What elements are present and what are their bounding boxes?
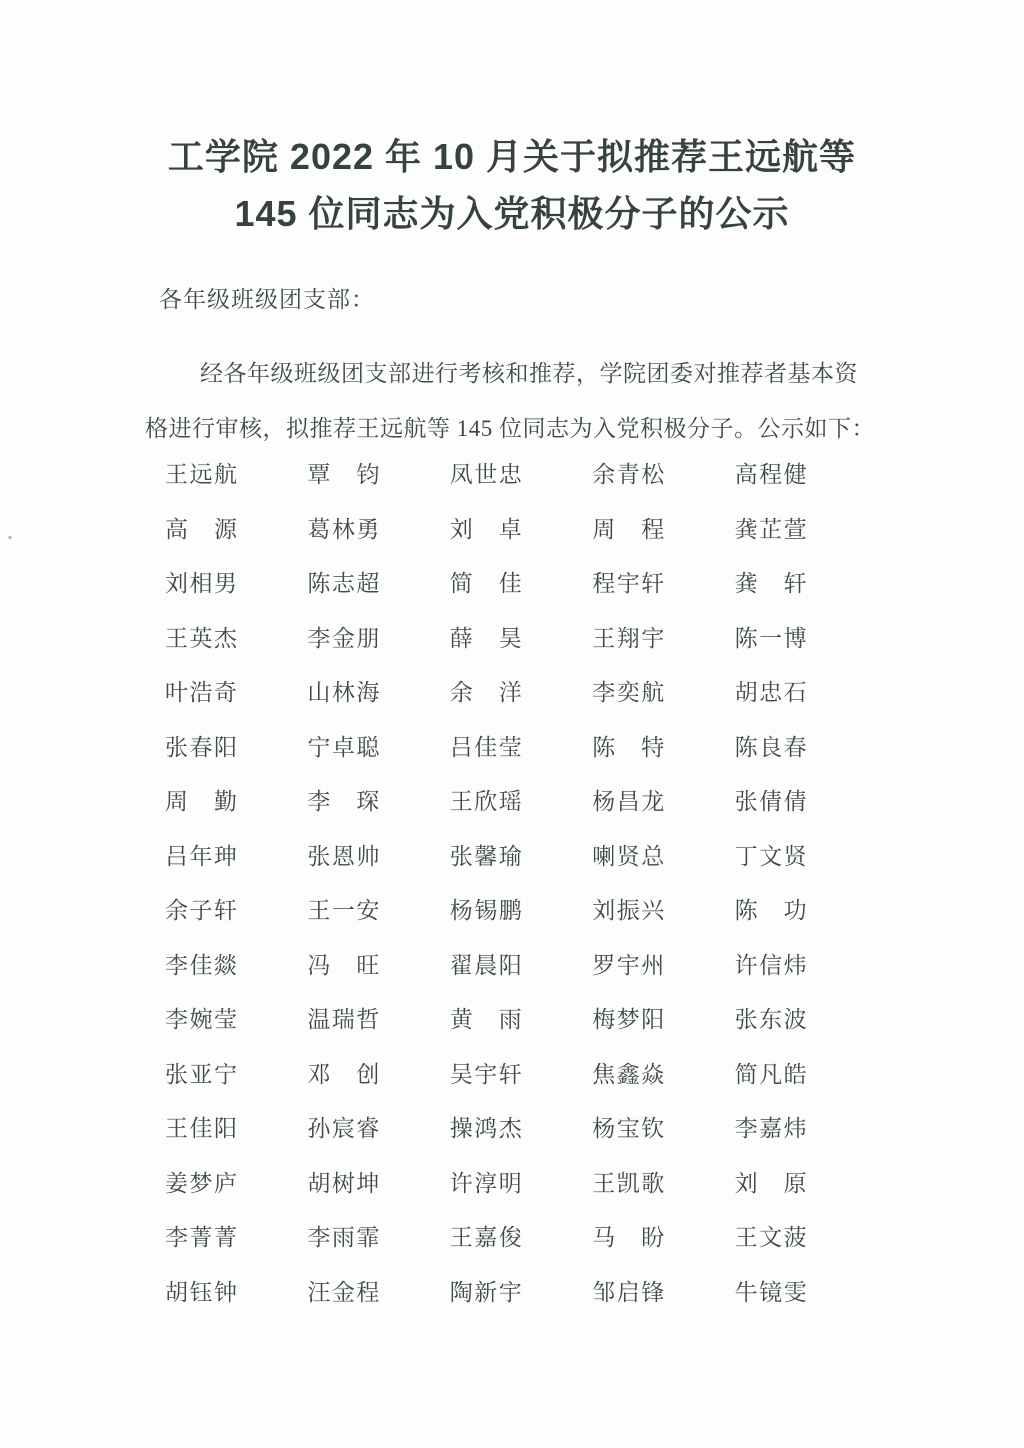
paragraph-line-1: 经各年级班级团支部进行考核和推荐，学院团委对推荐者基本资 xyxy=(145,346,880,401)
name-cell: 王佳阳 xyxy=(165,1102,307,1157)
name-cell: 王文菠 xyxy=(735,1211,877,1266)
name-cell: 高程健 xyxy=(735,448,877,503)
name-cell: 马 盼 xyxy=(592,1211,734,1266)
name-cell: 余子轩 xyxy=(165,884,307,939)
name-cell: 陈 功 xyxy=(735,884,877,939)
name-cell: 孙宸睿 xyxy=(307,1102,449,1157)
name-cell: 邹启锋 xyxy=(592,1266,734,1321)
name-cell: 焦鑫焱 xyxy=(592,1048,734,1103)
name-cell: 温瑞哲 xyxy=(307,993,449,1048)
name-cell: 吕佳莹 xyxy=(450,721,592,776)
name-cell: 梅梦阳 xyxy=(592,993,734,1048)
name-cell: 胡钰钟 xyxy=(165,1266,307,1321)
name-cell: 刘振兴 xyxy=(592,884,734,939)
name-cell: 薛 昊 xyxy=(450,612,592,667)
name-cell: 张春阳 xyxy=(165,721,307,776)
body-paragraph: 经各年级班级团支部进行考核和推荐，学院团委对推荐者基本资 格进行审核，拟推荐王远… xyxy=(145,346,880,456)
name-cell: 吴宇轩 xyxy=(450,1048,592,1103)
name-cell: 余 洋 xyxy=(450,666,592,721)
name-cell: 喇贤总 xyxy=(592,830,734,885)
name-cell: 陶新宇 xyxy=(450,1266,592,1321)
name-cell: 张倩倩 xyxy=(735,775,877,830)
name-cell: 余青松 xyxy=(592,448,734,503)
name-cell: 胡忠石 xyxy=(735,666,877,721)
name-cell: 胡树坤 xyxy=(307,1157,449,1212)
name-cell: 山林海 xyxy=(307,666,449,721)
name-cell: 冯 旺 xyxy=(307,939,449,994)
names-grid: 王远航覃 钧凤世忠余青松高程健高 源葛林勇刘 卓周 程龚芷萱刘相男陈志超简 佳程… xyxy=(165,448,877,1320)
salutation: 各年级班级团支部： xyxy=(159,281,375,314)
name-cell: 覃 钧 xyxy=(307,448,449,503)
name-cell: 宁卓聪 xyxy=(307,721,449,776)
name-cell: 汪金程 xyxy=(307,1266,449,1321)
name-cell: 刘 卓 xyxy=(450,503,592,558)
name-cell: 杨昌龙 xyxy=(592,775,734,830)
name-cell: 陈 特 xyxy=(592,721,734,776)
name-cell: 龚芷萱 xyxy=(735,503,877,558)
name-cell: 牛镜雯 xyxy=(735,1266,877,1321)
name-cell: 杨宝钦 xyxy=(592,1102,734,1157)
name-cell: 张恩帅 xyxy=(307,830,449,885)
name-cell: 王远航 xyxy=(165,448,307,503)
name-cell: 凤世忠 xyxy=(450,448,592,503)
page-title: 工学院 2022 年 10 月关于拟推荐王远航等 145 位同志为入党积极分子的… xyxy=(72,128,952,242)
title-line-1: 工学院 2022 年 10 月关于拟推荐王远航等 xyxy=(72,128,952,185)
name-cell: 刘 原 xyxy=(735,1157,877,1212)
name-cell: 王嘉俊 xyxy=(450,1211,592,1266)
name-cell: 程宇轩 xyxy=(592,557,734,612)
name-cell: 李菁菁 xyxy=(165,1211,307,1266)
name-cell: 陈一博 xyxy=(735,612,877,667)
name-cell: 李奕航 xyxy=(592,666,734,721)
name-cell: 杨锡鹏 xyxy=(450,884,592,939)
scan-speck xyxy=(8,536,12,539)
name-cell: 简 佳 xyxy=(450,557,592,612)
name-cell: 张馨瑜 xyxy=(450,830,592,885)
name-cell: 王翔宇 xyxy=(592,612,734,667)
name-cell: 黄 雨 xyxy=(450,993,592,1048)
name-cell: 王英杰 xyxy=(165,612,307,667)
name-cell: 许淳明 xyxy=(450,1157,592,1212)
name-cell: 周 勤 xyxy=(165,775,307,830)
name-cell: 张东波 xyxy=(735,993,877,1048)
name-cell: 李金朋 xyxy=(307,612,449,667)
name-cell: 葛林勇 xyxy=(307,503,449,558)
name-cell: 陈志超 xyxy=(307,557,449,612)
document-page: 工学院 2022 年 10 月关于拟推荐王远航等 145 位同志为入党积极分子的… xyxy=(0,0,1024,1448)
name-cell: 邓 创 xyxy=(307,1048,449,1103)
name-cell: 许信炜 xyxy=(735,939,877,994)
name-cell: 高 源 xyxy=(165,503,307,558)
name-cell: 王欣瑶 xyxy=(450,775,592,830)
name-cell: 操鸿杰 xyxy=(450,1102,592,1157)
name-cell: 王一安 xyxy=(307,884,449,939)
name-cell: 李嘉炜 xyxy=(735,1102,877,1157)
name-cell: 丁文贤 xyxy=(735,830,877,885)
name-cell: 罗宇州 xyxy=(592,939,734,994)
name-cell: 李婉莹 xyxy=(165,993,307,1048)
name-cell: 李佳燚 xyxy=(165,939,307,994)
name-cell: 陈良春 xyxy=(735,721,877,776)
title-line-2: 145 位同志为入党积极分子的公示 xyxy=(72,185,952,242)
name-cell: 王凯歌 xyxy=(592,1157,734,1212)
name-cell: 翟晨阳 xyxy=(450,939,592,994)
name-cell: 李雨霏 xyxy=(307,1211,449,1266)
name-cell: 张亚宁 xyxy=(165,1048,307,1103)
name-cell: 周 程 xyxy=(592,503,734,558)
name-cell: 龚 轩 xyxy=(735,557,877,612)
name-cell: 姜梦庐 xyxy=(165,1157,307,1212)
name-cell: 李 琛 xyxy=(307,775,449,830)
name-cell: 吕年珅 xyxy=(165,830,307,885)
name-cell: 叶浩奇 xyxy=(165,666,307,721)
name-cell: 刘相男 xyxy=(165,557,307,612)
name-cell: 简凡皓 xyxy=(735,1048,877,1103)
